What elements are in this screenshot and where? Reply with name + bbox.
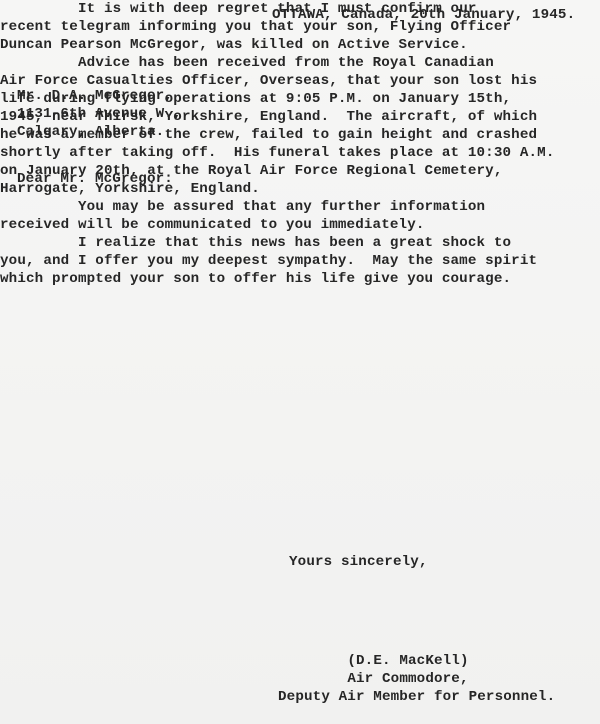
paragraph-line: you, and I offer you my deepest sympathy… [0,252,540,270]
signature-block: (D.E. MacKell) Air Commodore, Deputy Air… [278,652,538,706]
signatory-title: Deputy Air Member for Personnel. [278,688,538,706]
closing: Yours sincerely, [289,553,428,571]
paragraph-2: Advice has been received from the Royal … [0,54,540,198]
paragraph-line: Duncan Pearson McGregor, was killed on A… [0,36,540,54]
paragraph-line: Advice has been received from the Royal … [0,54,540,72]
paragraph-line: which prompted your son to offer his lif… [0,270,540,288]
paragraph-line: Air Force Casualties Officer, Overseas, … [0,72,540,90]
letter-page: OTTAWA, Canada, 20th January, 1945. Mr. … [0,0,600,724]
paragraph-line: shortly after taking off. His funeral ta… [0,144,540,162]
paragraph-line: he was a member of the crew, failed to g… [0,126,540,144]
paragraph-line: recent telegram informing you that your … [0,18,540,36]
paragraph-line: I realize that this news has been a grea… [0,234,540,252]
paragraph-3: You may be assured that any further info… [0,198,540,234]
paragraph-line: 1945, near Thirsk, Yorkshire, England. T… [0,108,540,126]
paragraph-1: It is with deep regret that I must confi… [0,0,540,54]
signatory-name: (D.E. MacKell) [278,652,538,670]
paragraph-4: I realize that this news has been a grea… [0,234,540,288]
paragraph-line: on January 20th, at the Royal Air Force … [0,162,540,180]
signatory-rank: Air Commodore, [278,670,538,688]
paragraph-line: life during flying operations at 9:05 P.… [0,90,540,108]
paragraph-line: received will be communicated to you imm… [0,216,540,234]
paragraph-line: Harrogate, Yorkshire, England. [0,180,540,198]
paragraph-line: You may be assured that any further info… [0,198,540,216]
paragraph-line: It is with deep regret that I must confi… [0,0,540,18]
